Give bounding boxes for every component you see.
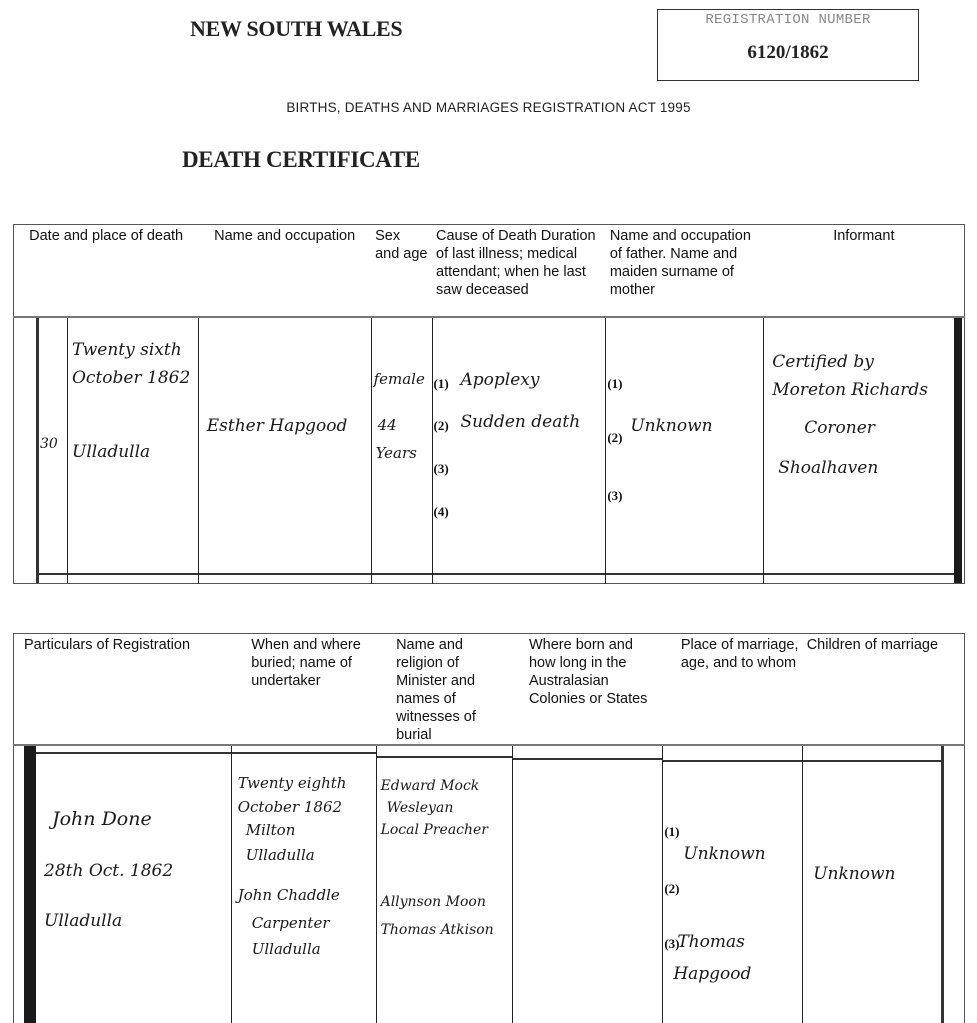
witness-2: Thomas Atkison — [381, 922, 494, 938]
cell-children: Unknown — [803, 745, 965, 1023]
cell-informant: Certified by Moreton Richards Coroner Sh… — [764, 317, 965, 583]
cell-sex-age: female 44 Years — [371, 317, 432, 583]
marriage-label-2: (2) — [664, 881, 679, 897]
cell-date-place: 30 Twenty sixth October 1862 Ulladulla — [14, 317, 199, 583]
informant-line3: Coroner — [804, 418, 875, 438]
undertaker-name: John Chaddle — [238, 886, 340, 904]
burial-line1: Twenty eighth — [238, 774, 347, 792]
death-place: Ulladulla — [72, 442, 150, 462]
cause-label-3: (3) — [434, 461, 449, 477]
registration-number-box: REGISTRATION NUMBER 6120/1862 — [657, 9, 919, 81]
entry-number: 30 — [40, 436, 58, 452]
minister-name: Edward Mock — [381, 778, 480, 794]
burial-line2: October 1862 — [238, 798, 342, 816]
registration-number: 6120/1862 — [658, 42, 918, 64]
age-unit: Years — [376, 444, 417, 462]
parents-label-3: (3) — [607, 488, 622, 504]
death-details-table: Date and place of death Name and occupat… — [13, 224, 965, 584]
cause-label-1: (1) — [434, 376, 449, 392]
registration-number-label: REGISTRATION NUMBER — [658, 12, 918, 28]
children-value: Unknown — [813, 864, 895, 884]
header-minister: Name and religion of Minister and names … — [376, 634, 513, 746]
state-heading: NEW SOUTH WALES — [190, 16, 402, 42]
header-parents: Name and occupation of father. Name and … — [606, 225, 764, 318]
cell-minister: Edward Mock Wesleyan Local Preacher Ally… — [376, 745, 513, 1023]
certificate-title: DEATH CERTIFICATE — [182, 147, 420, 173]
cell-marriage: (1) (2) (3) Unknown Thomas Hapgood — [663, 745, 803, 1023]
deceased-name: Esther Hapgood — [207, 416, 348, 436]
header-where-born: Where born and how long in the Australas… — [513, 634, 663, 746]
marriage-label-1: (1) — [664, 824, 679, 840]
header-sex-age: Sex and age — [371, 225, 432, 318]
parents-value: Unknown — [630, 416, 712, 436]
registration-date: 28th Oct. 1862 — [44, 861, 173, 881]
undertaker-place: Ulladulla — [252, 940, 321, 958]
burial-line3: Milton — [246, 821, 296, 839]
header-cause: Cause of Death Duration of last illness;… — [432, 225, 606, 318]
header-marriage: Place of marriage, age, and to whom — [663, 634, 803, 746]
registrar-name: John Done — [52, 808, 152, 830]
header-informant: Informant — [764, 225, 965, 318]
cell-registration: John Done 28th Oct. 1862 Ulladulla — [14, 745, 232, 1023]
age: 44 — [378, 416, 397, 434]
cell-name: Esther Hapgood — [198, 317, 371, 583]
minister-title: Local Preacher — [381, 822, 488, 838]
death-date-line2: October 1862 — [72, 368, 190, 388]
informant-line2: Moreton Richards — [772, 380, 928, 400]
cause-1: Apoplexy — [461, 370, 540, 390]
sex: female — [374, 370, 425, 388]
minister-religion: Wesleyan — [387, 800, 454, 816]
witness-1: Allynson Moon — [381, 894, 486, 910]
spouse-surname: Hapgood — [673, 964, 751, 984]
cause-label-2: (2) — [434, 418, 449, 434]
cause-2: Sudden death — [461, 412, 581, 432]
parents-label-1: (1) — [607, 376, 622, 392]
burial-line4: Ulladulla — [246, 846, 315, 864]
informant-line1: Certified by — [772, 352, 874, 372]
undertaker-occupation: Carpenter — [252, 914, 330, 932]
header-burial: When and where buried; name of undertake… — [231, 634, 376, 746]
death-date-line1: Twenty sixth — [72, 340, 182, 360]
informant-line4: Shoalhaven — [778, 458, 878, 478]
cause-label-4: (4) — [434, 504, 449, 520]
registration-details-table: Particulars of Registration When and whe… — [13, 633, 965, 1023]
parents-label-2: (2) — [607, 430, 622, 446]
cell-cause: (1) (2) (3) (4) Apoplexy Sudden death — [432, 317, 606, 583]
act-subtitle: BIRTHS, DEATHS AND MARRIAGES REGISTRATIO… — [0, 100, 977, 115]
marriage-place: Unknown — [683, 844, 765, 864]
cell-parents: (1) (2) (3) Unknown — [606, 317, 764, 583]
registration-place: Ulladulla — [44, 911, 122, 931]
header-date-place: Date and place of death — [14, 225, 199, 318]
header-registration: Particulars of Registration — [14, 634, 232, 746]
cell-burial: Twenty eighth October 1862 Milton Ulladu… — [231, 745, 376, 1023]
header-children: Children of marriage — [803, 634, 965, 746]
spouse-first-name: Thomas — [677, 932, 745, 952]
cell-where-born — [513, 745, 663, 1023]
header-name-occupation: Name and occupation — [198, 225, 371, 318]
